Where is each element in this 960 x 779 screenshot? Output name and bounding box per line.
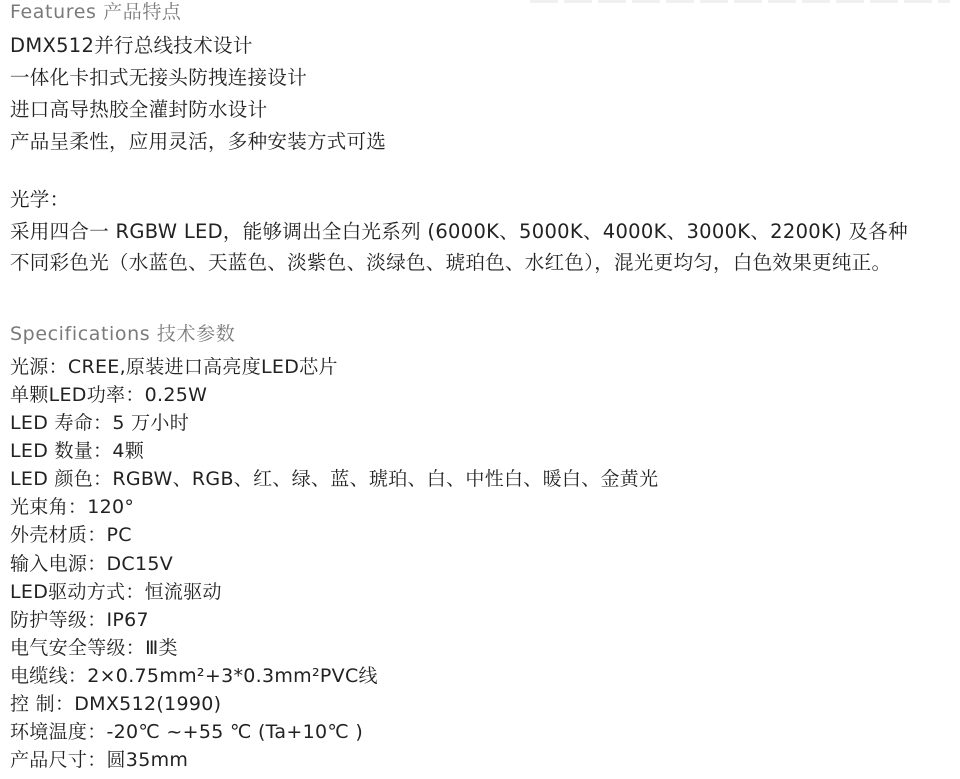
spec-led-count: LED 数量：4颗 [10, 439, 144, 463]
specifications-heading: Specifications 技术参数 [10, 322, 235, 346]
feature-item: 产品呈柔性，应用灵活，多种安装方式可选 [10, 130, 386, 154]
optics-line: 不同彩色光（水蓝色、天蓝色、淡紫色、淡绿色、琥珀色、水红色），混光更均匀，白色效… [10, 251, 891, 275]
spec-beam-angle: 光束角：120° [10, 495, 134, 519]
spec-product-size: 产品尺寸：圆35mm [10, 748, 188, 772]
spec-ip-rating: 防护等级：IP67 [10, 608, 149, 632]
spec-electrical-safety-class: 电气安全等级：Ⅲ类 [10, 636, 178, 660]
spec-cable: 电缆线：2×0.75mm²+3*0.3mm²PVC线 [10, 664, 378, 688]
features-heading: Features 产品特点 [10, 0, 182, 24]
feature-item: 进口高导热胶全灌封防水设计 [10, 98, 267, 122]
spec-led-power: 单颗LED功率：0.25W [10, 383, 207, 407]
feature-item: DMX512并行总线技术设计 [10, 34, 253, 58]
spec-housing-material: 外壳材质：PC [10, 523, 132, 547]
optics-label: 光学： [10, 188, 69, 212]
spec-led-color: LED 颜色：RGBW、RGB、红、绿、蓝、琥珀、白、中性白、暖白、金黄光 [10, 467, 658, 491]
spec-driver-mode: LED驱动方式：恒流驱动 [10, 580, 222, 604]
optics-line: 采用四合一 RGBW LED，能够调出全白光系列 (6000K、5000K、40… [10, 220, 908, 244]
spec-control: 控 制：DMX512(1990) [10, 692, 221, 716]
spec-led-lifetime: LED 寿命：5 万小时 [10, 411, 189, 435]
cropped-banner-fragment [530, 0, 950, 3]
spec-input-power: 输入电源：DC15V [10, 552, 173, 576]
spec-light-source: 光源：CREE,原装进口高亮度LED芯片 [10, 355, 338, 379]
feature-item: 一体化卡扣式无接头防拽连接设计 [10, 66, 307, 90]
spec-ambient-temperature: 环境温度：-20℃ ~+55 ℃ (Ta+10℃ ) [10, 720, 363, 744]
